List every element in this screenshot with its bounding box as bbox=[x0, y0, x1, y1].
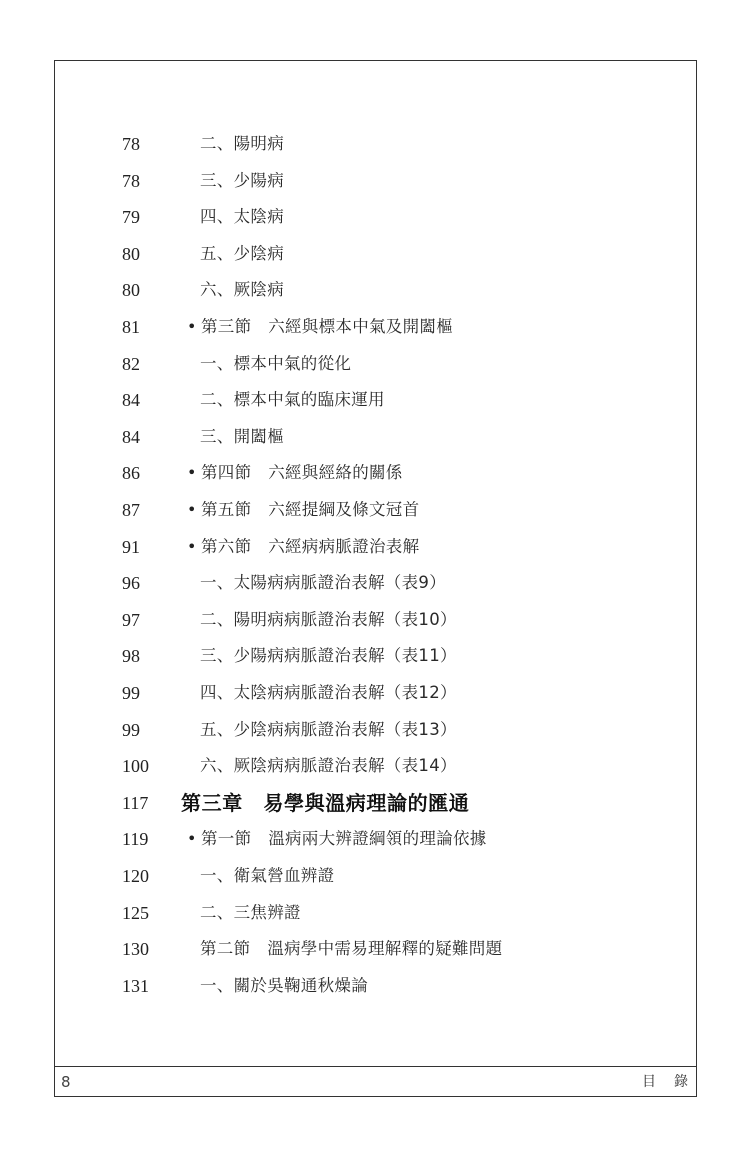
toc-page-number: 100 bbox=[122, 751, 149, 781]
toc-title: 一、標本中氣的從化 bbox=[200, 349, 351, 379]
footer-page-number: 8 bbox=[61, 1071, 71, 1093]
toc-title: 六、厥陰病 bbox=[200, 275, 284, 305]
toc-item-row: 79四、太陰病 bbox=[55, 202, 696, 232]
toc-page-number: 78 bbox=[122, 166, 140, 196]
toc-page-number: 87 bbox=[122, 495, 140, 525]
bullet-icon: • bbox=[187, 458, 196, 488]
toc-title: 第一節 溫病兩大辨證綱領的理論依據 bbox=[201, 824, 487, 854]
toc-page-number: 130 bbox=[122, 934, 149, 964]
toc-title: 五、少陰病病脈證治表解（表13） bbox=[200, 715, 457, 745]
toc-page-number: 117 bbox=[122, 788, 148, 818]
toc-page-number: 97 bbox=[122, 605, 140, 635]
toc-page-number: 82 bbox=[122, 349, 140, 379]
toc-title: 第四節 六經與經絡的關係 bbox=[201, 458, 403, 488]
toc-title: 第三節 六經與標本中氣及開闔樞 bbox=[201, 312, 453, 342]
toc-page-number: 120 bbox=[122, 861, 149, 891]
toc-title: 五、少陰病 bbox=[200, 239, 284, 269]
page-frame: 78二、陽明病78三、少陽病79四、太陰病80五、少陰病80六、厥陰病81•第三… bbox=[54, 60, 697, 1097]
toc-page-number: 78 bbox=[122, 129, 140, 159]
toc-section-row: 119•第一節 溫病兩大辨證綱領的理論依據 bbox=[55, 824, 696, 854]
toc-title: 二、三焦辨證 bbox=[200, 898, 301, 928]
toc-item-row: 125二、三焦辨證 bbox=[55, 898, 696, 928]
toc-page-number: 131 bbox=[122, 971, 149, 1001]
toc-title: 第五節 六經提綱及條文冠首 bbox=[201, 495, 419, 525]
toc-item-row: 100六、厥陰病病脈證治表解（表14） bbox=[55, 751, 696, 781]
toc-title: 一、衛氣營血辨證 bbox=[200, 861, 334, 891]
toc-item-row: 84三、開闔樞 bbox=[55, 422, 696, 452]
toc-page-number: 99 bbox=[122, 715, 140, 745]
toc-item-row: 98三、少陽病病脈證治表解（表11） bbox=[55, 641, 696, 671]
toc-page-number: 125 bbox=[122, 898, 149, 928]
toc-page-number: 79 bbox=[122, 202, 140, 232]
toc-title: 二、陽明病 bbox=[200, 129, 284, 159]
toc-item-row: 80五、少陰病 bbox=[55, 239, 696, 269]
toc-page-number: 84 bbox=[122, 385, 140, 415]
toc-page-number: 80 bbox=[122, 275, 140, 305]
toc-item-row: 78三、少陽病 bbox=[55, 166, 696, 196]
toc-page-number: 96 bbox=[122, 568, 140, 598]
toc-title: 六、厥陰病病脈證治表解（表14） bbox=[200, 751, 457, 781]
toc-title: 第二節 溫病學中需易理解釋的疑難問題 bbox=[200, 934, 502, 964]
bullet-icon: • bbox=[187, 495, 196, 525]
toc-item-row: 84二、標本中氣的臨床運用 bbox=[55, 385, 696, 415]
toc-title: 二、標本中氣的臨床運用 bbox=[200, 385, 385, 415]
toc-item-row: 82一、標本中氣的從化 bbox=[55, 349, 696, 379]
toc-page-number: 91 bbox=[122, 532, 140, 562]
toc-section-row: 86•第四節 六經與經絡的關係 bbox=[55, 458, 696, 488]
toc-item-row: 80六、厥陰病 bbox=[55, 275, 696, 305]
toc-title: 四、太陰病病脈證治表解（表12） bbox=[200, 678, 457, 708]
toc-item-row: 96一、太陽病病脈證治表解（表9） bbox=[55, 568, 696, 598]
bullet-icon: • bbox=[187, 824, 196, 854]
toc-section-row: 130第二節 溫病學中需易理解釋的疑難問題 bbox=[55, 934, 696, 964]
toc-page-number: 119 bbox=[122, 824, 148, 854]
toc-item-row: 99五、少陰病病脈證治表解（表13） bbox=[55, 715, 696, 745]
toc-section-row: 87•第五節 六經提綱及條文冠首 bbox=[55, 495, 696, 525]
toc-item-row: 131一、關於吳鞠通秋燥論 bbox=[55, 971, 696, 1001]
footer-section-label: 目錄 bbox=[642, 1071, 706, 1093]
toc-title: 一、關於吳鞠通秋燥論 bbox=[200, 971, 368, 1001]
toc-page-number: 81 bbox=[122, 312, 140, 342]
bullet-icon: • bbox=[187, 312, 196, 342]
toc-title: 三、少陽病 bbox=[200, 166, 284, 196]
toc-page-number: 84 bbox=[122, 422, 140, 452]
footer-divider bbox=[55, 1066, 696, 1067]
toc-page-number: 99 bbox=[122, 678, 140, 708]
toc-section-row: 81•第三節 六經與標本中氣及開闔樞 bbox=[55, 312, 696, 342]
toc-chapter-row: 117第三章 易學與溫病理論的匯通 bbox=[55, 788, 696, 818]
toc-title: 三、開闔樞 bbox=[200, 422, 284, 452]
toc-item-row: 78二、陽明病 bbox=[55, 129, 696, 159]
toc-page-number: 98 bbox=[122, 641, 140, 671]
toc-item-row: 97二、陽明病病脈證治表解（表10） bbox=[55, 605, 696, 635]
toc-title: 一、太陽病病脈證治表解（表9） bbox=[200, 568, 446, 598]
toc-title: 三、少陽病病脈證治表解（表11） bbox=[200, 641, 457, 671]
toc-page-number: 86 bbox=[122, 458, 140, 488]
bullet-icon: • bbox=[187, 532, 196, 562]
toc-page-number: 80 bbox=[122, 239, 140, 269]
toc-title: 第三章 易學與溫病理論的匯通 bbox=[181, 788, 469, 818]
toc-item-row: 120一、衛氣營血辨證 bbox=[55, 861, 696, 891]
toc-item-row: 99四、太陰病病脈證治表解（表12） bbox=[55, 678, 696, 708]
toc-title: 第六節 六經病病脈證治表解 bbox=[201, 532, 419, 562]
toc-title: 二、陽明病病脈證治表解（表10） bbox=[200, 605, 457, 635]
toc-title: 四、太陰病 bbox=[200, 202, 284, 232]
toc-section-row: 91•第六節 六經病病脈證治表解 bbox=[55, 532, 696, 562]
